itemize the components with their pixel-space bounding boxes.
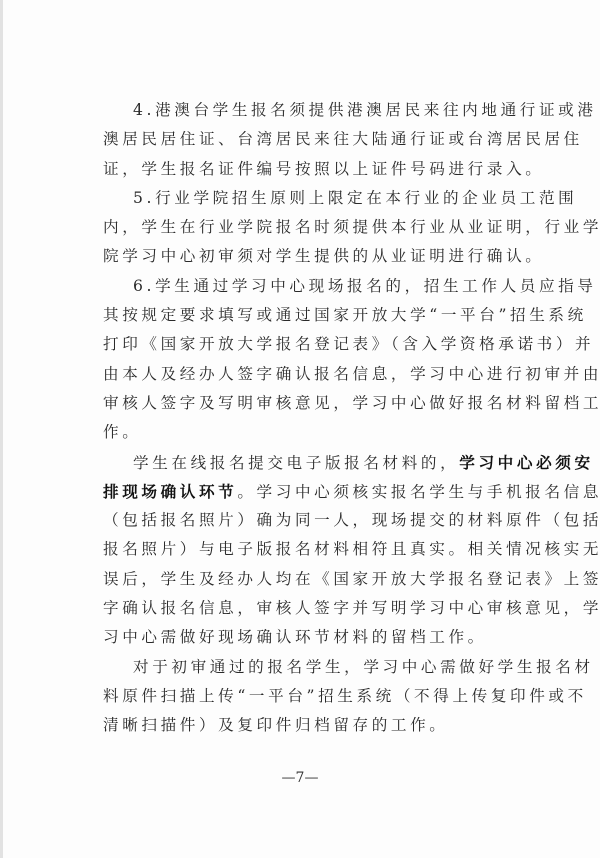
text-line: 学生在线报名提交电子版报名材料的，学习中心必须安 [103, 448, 503, 477]
document-body: 4.港澳台学生报名须提供港澳居民来往内地通行证或港 澳居民居住证、台湾居民来往大… [103, 96, 503, 741]
text-line: （包括报名照片）确为同一人，现场提交的材料原件（包括 [103, 506, 503, 535]
text-line: 由本人及经办人签字确认报名信息，学习中心进行初审并由 [103, 360, 503, 389]
text-line: 5.行业学院招生原则上限定在本行业的企业员工范围 [103, 184, 503, 213]
text-line: 内，学生在行业学院报名时须提供本行业从业证明，行业学 [103, 213, 503, 242]
text-line: 其按规定要求填写或通过国家开放大学“一平台”招生系统 [103, 301, 503, 330]
text-normal: 。学习中心须核实报名学生与手机报名信息 [237, 483, 600, 501]
text-line: 打印《国家开放大学报名登记表》（含入学资格承诺书）并 [103, 330, 503, 359]
paragraph-8: 对于初审通过的报名学生，学习中心需做好学生报名材 料原件扫描上传“一平台”招生系… [103, 653, 503, 741]
text-line: 字确认报名信息，审核人签字并写明学习中心审核意见，学 [103, 594, 503, 623]
text-line: 料原件扫描上传“一平台”招生系统（不得上传复印件或不 [103, 682, 503, 711]
text-line: 审核人签字及写明审核意见，学习中心做好报名材料留档工 [103, 389, 503, 418]
text-line: 证，学生报名证件编号按照以上证件号码进行录入。 [103, 155, 503, 184]
page-edge [0, 0, 3, 858]
paragraph-5: 5.行业学院招生原则上限定在本行业的企业员工范围 内，学生在行业学院报名时须提供… [103, 184, 503, 272]
paragraph-6: 6.学生通过学习中心现场报名的，招生工作人员应指导 其按规定要求填写或通过国家开… [103, 272, 503, 448]
emphasis-text: 排现场确认环节 [103, 482, 237, 501]
text-line: 作。 [103, 418, 503, 447]
page-number: —7— [0, 770, 600, 786]
text-line: 4.港澳台学生报名须提供港澳居民来往内地通行证或港 [103, 96, 503, 125]
text-line: 报名照片）与电子版报名材料相符且真实。相关情况核实无 [103, 535, 503, 564]
text-line: 排现场确认环节。学习中心须核实报名学生与手机报名信息 [103, 477, 503, 506]
emphasis-text: 学习中心必须安 [459, 453, 593, 472]
text-line: 院学习中心初审须对学生提供的从业证明进行确认。 [103, 242, 503, 271]
text-line: 澳居民居住证、台湾居民来往大陆通行证或台湾居民居住 [103, 125, 503, 154]
text-line: 误后，学生及经办人均在《国家开放大学报名登记表》上签 [103, 565, 503, 594]
text-line: 对于初审通过的报名学生，学习中心需做好学生报名材 [103, 653, 503, 682]
paragraph-4: 4.港澳台学生报名须提供港澳居民来往内地通行证或港 澳居民居住证、台湾居民来往大… [103, 96, 503, 184]
paragraph-7: 学生在线报名提交电子版报名材料的，学习中心必须安 排现场确认环节。学习中心须核实… [103, 448, 503, 653]
text-line: 习中心需做好现场确认环节材料的留档工作。 [103, 623, 503, 652]
text-line: 清晰扫描件）及复印件归档留存的工作。 [103, 711, 503, 740]
text-line: 6.学生通过学习中心现场报名的，招生工作人员应指导 [103, 272, 503, 301]
text-normal: 学生在线报名提交电子版报名材料的， [133, 454, 459, 472]
